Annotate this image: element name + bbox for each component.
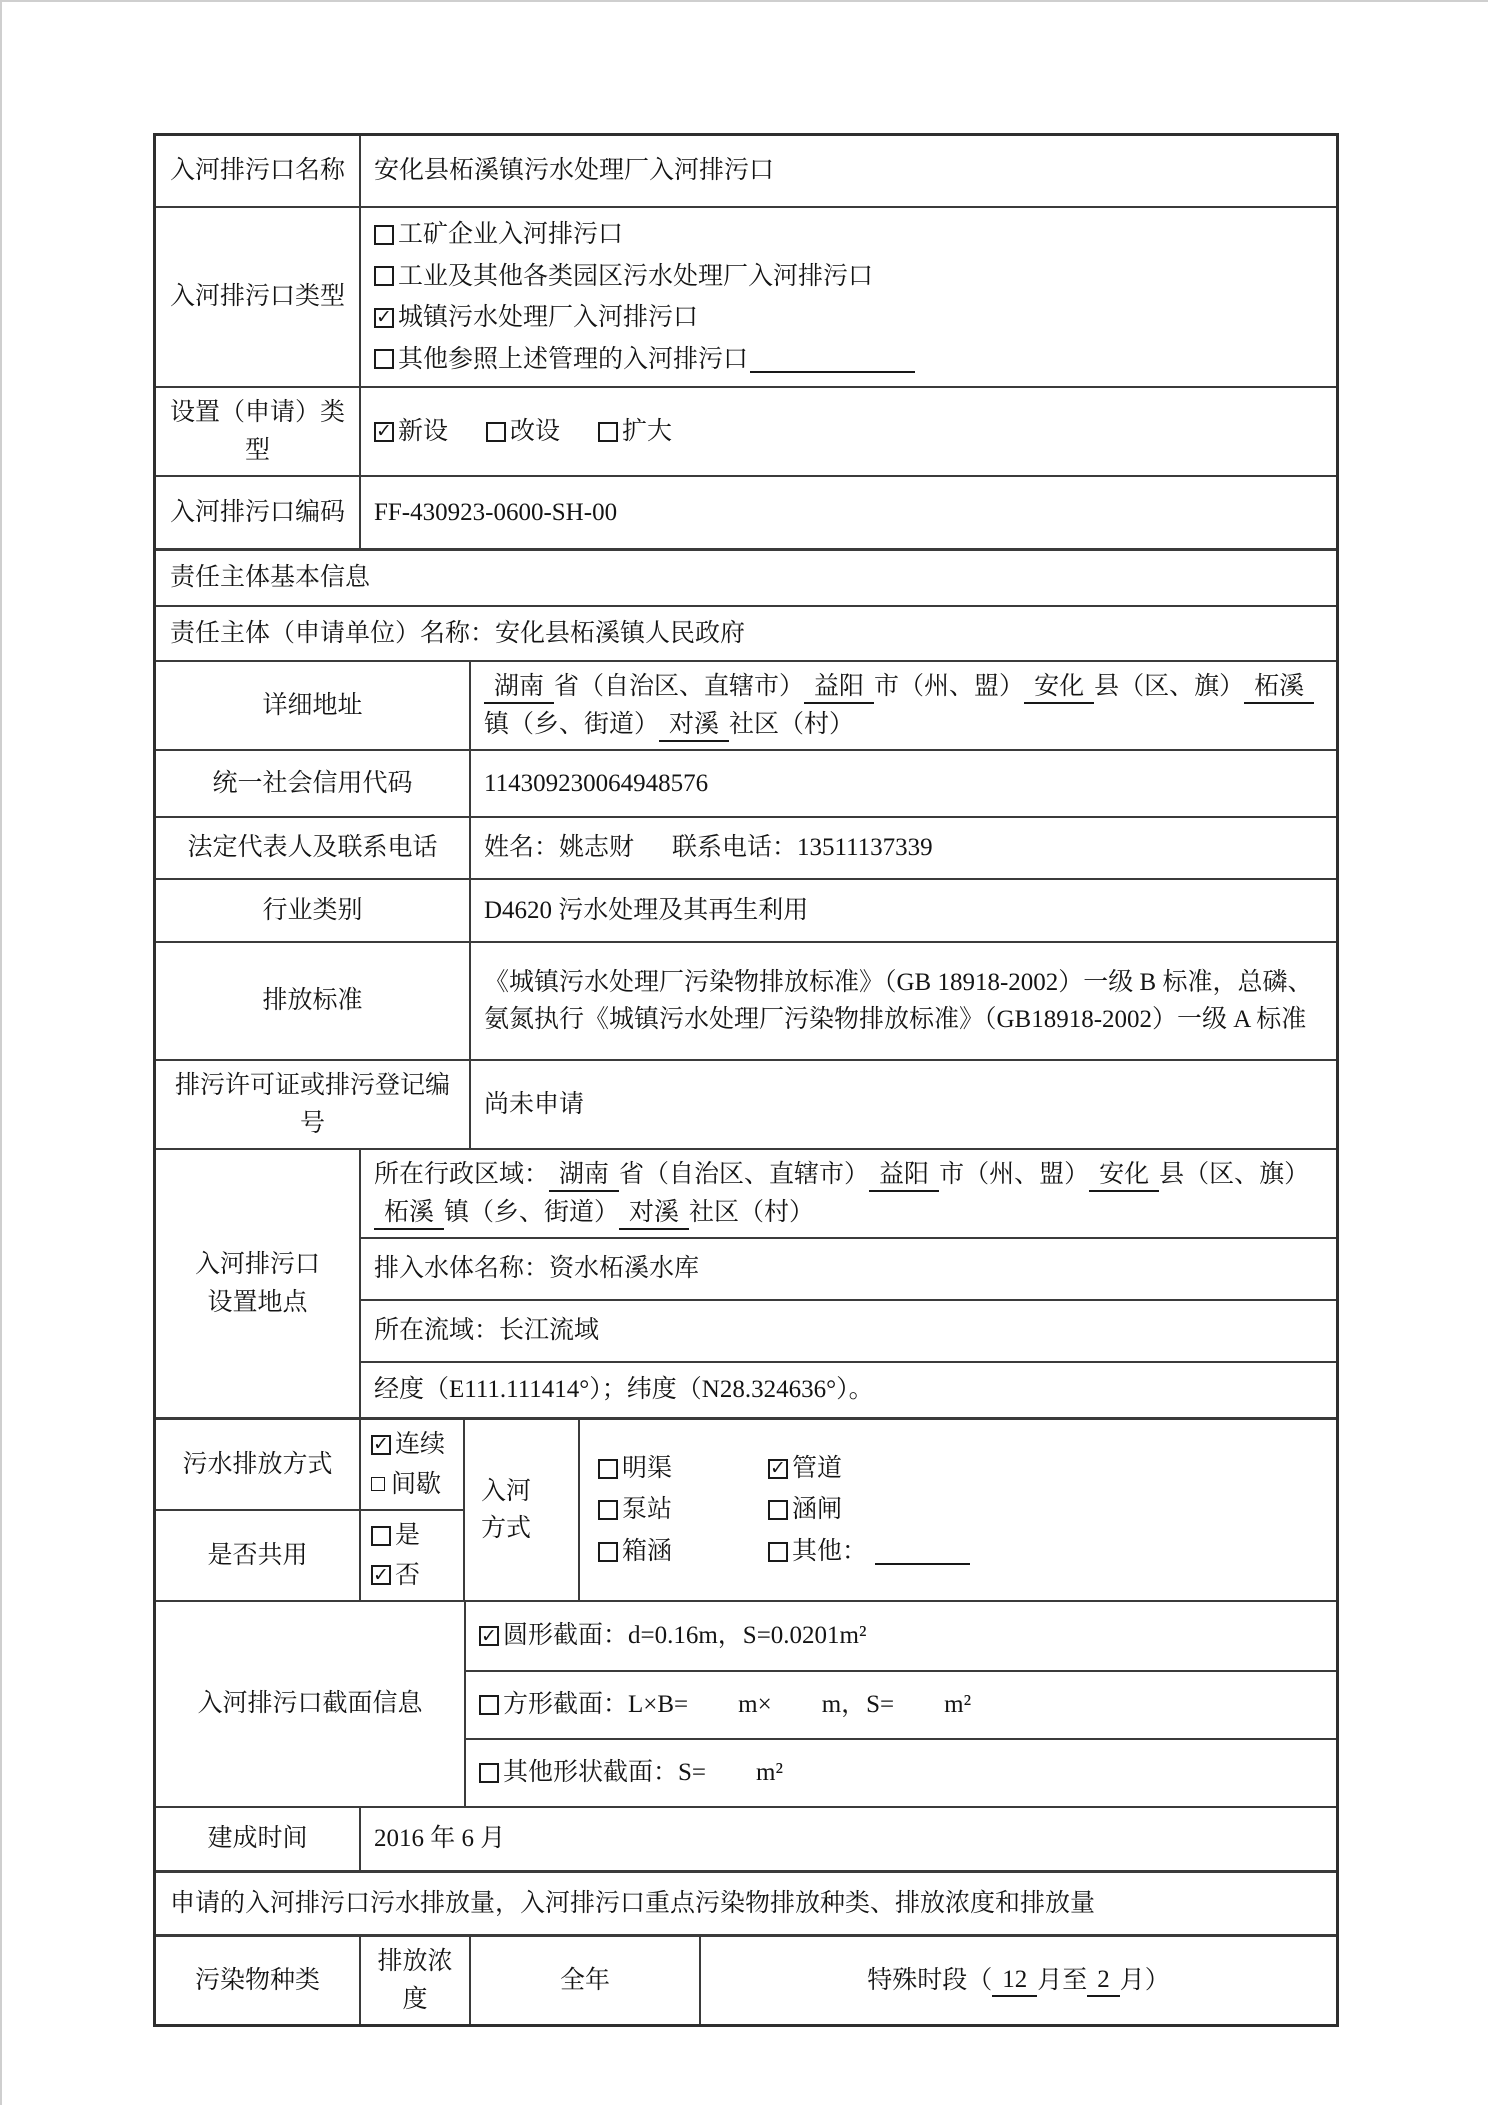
completion-date-value: 2016 年 6 月: [361, 1808, 1336, 1870]
checkbox[interactable]: ✓: [371, 1565, 391, 1585]
static-text: 社区（村）: [729, 711, 854, 738]
static-text: 市（州、盟）: [874, 673, 1024, 700]
row-discharge-standard: 排放标准 《城镇污水处理厂污染物排放标准》（GB 18918-2002）一级 B…: [156, 941, 1336, 1059]
entry-mode-options: 明渠 ✓ 管道 泵站 涵闸: [580, 1420, 1336, 1600]
region-prefix: 所在行政区域：: [374, 1161, 549, 1188]
checkbox-option: 改设: [486, 413, 560, 451]
outlet-name-label: 入河排污口名称: [156, 136, 361, 206]
pollutant-type-header: 污染物种类: [156, 1937, 361, 2024]
other-section-row: 其他形状截面：S= m²: [466, 1738, 1336, 1806]
subject-section-title: 责任主体基本信息: [156, 551, 1336, 605]
row-completion-date: 建成时间 2016 年 6 月: [156, 1806, 1336, 1870]
apply-type-options: ✓ 新设 改设 扩大: [361, 388, 1336, 475]
legal-rep-label: 法定代表人及联系电话: [156, 818, 471, 878]
location-basin-row: 所在流域：长江流域: [361, 1299, 1336, 1361]
outlet-type-options: 工矿企业入河排污口 工业及其他各类园区污水处理厂入河排污口 ✓ 城镇污水处理厂入…: [361, 208, 1336, 386]
static-text: 镇（乡、街道）: [444, 1199, 619, 1226]
option-label: 间歇: [391, 1466, 441, 1504]
checkbox[interactable]: ✓: [479, 1626, 499, 1646]
discharge-mode-label: 污水排放方式: [156, 1420, 359, 1511]
entry-option-line: 箱涵 其他：: [598, 1533, 970, 1571]
apply-type-label: 设置（申请）类型: [156, 388, 361, 475]
static-text: 月至: [1037, 1962, 1087, 2000]
credit-code-value: 114309230064948576: [471, 751, 1336, 816]
checkbox[interactable]: [479, 1763, 499, 1783]
static-text: 社区（村）: [689, 1199, 814, 1226]
coordinates-text: 经度（E111.111414°）；纬度（N28.324636°）。: [374, 1371, 874, 1409]
checkbox[interactable]: [374, 266, 394, 286]
row-permit-number: 排污许可证或排污登记编号 尚未申请: [156, 1059, 1336, 1148]
permit-number-value: 尚未申请: [471, 1061, 1336, 1148]
outlet-location-label: 入河排污口 设置地点: [156, 1150, 361, 1417]
discharge-mode-choice: ✓ 连续 间歇: [361, 1420, 463, 1511]
checkbox-option: 其他：: [768, 1533, 970, 1571]
town-field: 柘溪: [374, 1197, 444, 1230]
option-label: 管道: [792, 1450, 842, 1488]
annual-header: 全年: [471, 1937, 701, 2024]
village-field: 对溪: [659, 709, 729, 742]
static-text: 县（区、旗）: [1159, 1161, 1309, 1188]
row-outlet-name: 入河排污口名称 安化县柘溪镇污水处理厂入河排污口: [156, 136, 1336, 206]
city-field: 益阳: [869, 1159, 939, 1192]
option-label: 其他参照上述管理的入河排污口: [398, 341, 748, 379]
address-label: 详细地址: [156, 662, 471, 749]
option-label: 明渠: [622, 1450, 672, 1488]
checkbox[interactable]: ✓: [371, 1435, 391, 1455]
basin-text: 所在流域：长江流域: [374, 1312, 599, 1350]
county-field: 安化: [1024, 671, 1094, 704]
location-region-row: 所在行政区域：湖南省（自治区、直辖市）益阳市（州、盟）安化县（区、旗）柘溪镇（乡…: [361, 1150, 1336, 1237]
checkbox-option: ✓ 连续: [371, 1426, 445, 1464]
checkbox-option: 其他参照上述管理的入河排污口: [374, 341, 915, 379]
checkbox-option: ✓ 城镇污水处理厂入河排污口: [374, 299, 698, 337]
application-form-table: 入河排污口名称 安化县柘溪镇污水处理厂入河排污口 入河排污口类型 工矿企业入河排…: [153, 133, 1339, 2027]
option-label: 工业及其他各类园区污水处理厂入河排污口: [398, 258, 873, 296]
static-text: 市（州、盟）: [939, 1161, 1089, 1188]
concentration-header: 排放浓度: [361, 1937, 471, 2024]
checkbox[interactable]: ✓: [374, 308, 394, 328]
square-section-row: 方形截面：L×B= m× m，S= m²: [466, 1670, 1336, 1738]
option-label: 箱涵: [622, 1533, 672, 1571]
row-discharge-mode: 污水排放方式 是否共用 ✓ 连续 间歇: [156, 1417, 1336, 1600]
industry-value: D4620 污水处理及其再生利用: [471, 880, 1336, 941]
credit-code-label: 统一社会信用代码: [156, 751, 471, 816]
checkbox-option: ✓ 新设: [374, 413, 448, 451]
option-label: 其他：: [792, 1533, 867, 1571]
option-label: 新设: [398, 413, 448, 451]
row-address: 详细地址 湖南省（自治区、直辖市）益阳市（州、盟）安化县（区、旗）柘溪镇（乡、街…: [156, 660, 1336, 749]
shared-choice: 是 ✓ 否: [361, 1511, 463, 1600]
completion-date-label: 建成时间: [156, 1808, 361, 1870]
checkbox-option: 工业及其他各类园区污水处理厂入河排污口: [374, 258, 873, 296]
option-label: 圆形截面：d=0.16m，S=0.0201m²: [503, 1617, 867, 1655]
checkbox[interactable]: [598, 422, 618, 442]
checkbox-option: 涵闸: [768, 1491, 842, 1529]
province-field: 湖南: [484, 671, 554, 704]
outlet-location-subrows: 所在行政区域：湖南省（自治区、直辖市）益阳市（州、盟）安化县（区、旗）柘溪镇（乡…: [361, 1150, 1336, 1417]
static-text: 镇（乡、街道）: [484, 711, 659, 738]
static-text: 特殊时段（: [867, 1962, 992, 2000]
static-text: 省（自治区、直辖市）: [619, 1161, 869, 1188]
option-label: 泵站: [622, 1491, 672, 1529]
option-label: 否: [395, 1557, 420, 1595]
discharge-mode-checkboxes: ✓ 连续 间歇 是: [361, 1420, 465, 1600]
subject-name-text: 责任主体（申请单位）名称：安化县柘溪镇人民政府: [156, 607, 1336, 660]
special-period-start-field: 12: [992, 1964, 1037, 1997]
outlet-type-label: 入河排污口类型: [156, 208, 361, 386]
checkbox-option: 明渠: [598, 1450, 768, 1488]
checkbox[interactable]: [598, 1459, 618, 1479]
row-subject-name: 责任主体（申请单位）名称：安化县柘溪镇人民政府: [156, 605, 1336, 660]
province-field: 湖南: [549, 1159, 619, 1192]
entry-mode-label-cell: 入河 方式: [465, 1420, 580, 1600]
option-label: 连续: [395, 1426, 445, 1464]
discharge-standard-label: 排放标准: [156, 943, 471, 1059]
checkbox[interactable]: [598, 1500, 618, 1520]
entry-mode-label-line1: 入河: [481, 1473, 531, 1511]
checkbox[interactable]: [768, 1500, 788, 1520]
option-label: 工矿企业入河排污口: [398, 216, 623, 254]
checkbox-option: 泵站: [598, 1491, 768, 1529]
row-cross-section: 入河排污口截面信息 ✓ 圆形截面：d=0.16m，S=0.0201m² 方形截面…: [156, 1600, 1336, 1806]
outlet-code-label: 入河排污口编码: [156, 477, 361, 548]
row-outlet-location: 入河排污口 设置地点 所在行政区域：湖南省（自治区、直辖市）益阳市（州、盟）安化…: [156, 1148, 1336, 1417]
legal-rep-value: 姓名：姚志财 联系电话：13511137339: [471, 818, 1336, 878]
entry-mode-label-line2: 方式: [481, 1510, 531, 1548]
checkbox-option: 工矿企业入河排污口: [374, 216, 623, 254]
cross-section-label: 入河排污口截面信息: [156, 1602, 466, 1806]
row-subject-section-header: 责任主体基本信息: [156, 548, 1336, 605]
row-legal-representative: 法定代表人及联系电话 姓名：姚志财 联系电话：13511137339: [156, 816, 1336, 878]
checkbox[interactable]: ✓: [768, 1459, 788, 1479]
document-page: 入河排污口名称 安化县柘溪镇污水处理厂入河排污口 入河排污口类型 工矿企业入河排…: [0, 0, 1488, 2105]
outlet-location-label-line2: 设置地点: [195, 1284, 320, 1322]
option-label: 扩大: [622, 413, 672, 451]
static-text: 省（自治区、直辖市）: [554, 673, 804, 700]
option-label: 城镇污水处理厂入河排污口: [398, 299, 698, 337]
blank-underline[interactable]: [750, 346, 915, 373]
cross-section-subrows: ✓ 圆形截面：d=0.16m，S=0.0201m² 方形截面：L×B= m× m…: [466, 1602, 1336, 1806]
outlet-code-value: FF-430923-0600-SH-00: [361, 477, 1336, 548]
outlet-name-value: 安化县柘溪镇污水处理厂入河排污口: [361, 136, 1336, 206]
checkbox-option: 箱涵: [598, 1533, 768, 1571]
static-text: 月）: [1120, 1962, 1170, 2000]
discharge-mode-labels: 污水排放方式 是否共用: [156, 1420, 361, 1600]
checkbox-option: ✓ 否: [371, 1557, 420, 1595]
static-text: 县（区、旗）: [1094, 673, 1244, 700]
checkbox[interactable]: [598, 1542, 618, 1562]
checkbox-option: 是: [371, 1517, 420, 1555]
row-credit-code: 统一社会信用代码 114309230064948576: [156, 749, 1336, 816]
entry-option-line: 泵站 涵闸: [598, 1491, 842, 1529]
checkbox-option: 扩大: [598, 413, 672, 451]
town-field: 柘溪: [1244, 671, 1314, 704]
row-industry: 行业类别 D4620 污水处理及其再生利用: [156, 878, 1336, 941]
checkbox[interactable]: ✓: [374, 422, 394, 442]
legal-rep-name: 姓名：姚志财: [484, 829, 634, 867]
legal-rep-phone: 联系电话：13511137339: [672, 829, 933, 867]
checkbox-option: ✓ 管道: [768, 1450, 842, 1488]
county-field: 安化: [1089, 1159, 1159, 1192]
option-label: 方形截面：L×B= m× m，S= m²: [503, 1686, 971, 1724]
blank-underline[interactable]: [875, 1538, 970, 1565]
row-pollutant-header: 污染物种类 排放浓度 全年 特殊时段（12月至2月）: [156, 1934, 1336, 2024]
row-outlet-code: 入河排污口编码 FF-430923-0600-SH-00: [156, 475, 1336, 548]
permit-number-label: 排污许可证或排污登记编号: [156, 1061, 471, 1148]
water-body-text: 排入水体名称：资水柘溪水库: [374, 1250, 699, 1288]
location-coordinates-row: 经度（E111.111414°）；纬度（N28.324636°）。: [361, 1361, 1336, 1417]
pollutant-section-title: 申请的入河排污口污水排放量，入河排污口重点污染物排放种类、排放浓度和排放量: [156, 1873, 1336, 1934]
special-period-header: 特殊时段（12月至2月）: [701, 1937, 1336, 2024]
option-label: 其他形状截面：S= m²: [503, 1754, 783, 1792]
discharge-standard-value: 《城镇污水处理厂污染物排放标准》（GB 18918-2002）一级 B 标准，总…: [471, 943, 1336, 1059]
row-apply-type: 设置（申请）类型 ✓ 新设 改设 扩大: [156, 386, 1336, 475]
industry-label: 行业类别: [156, 880, 471, 941]
address-value: 湖南省（自治区、直辖市）益阳市（州、盟）安化县（区、旗）柘溪镇（乡、街道）对溪社…: [471, 662, 1336, 749]
option-label: 涵闸: [792, 1491, 842, 1529]
row-pollutant-section-header: 申请的入河排污口污水排放量，入河排污口重点污染物排放种类、排放浓度和排放量: [156, 1870, 1336, 1934]
location-water-body-row: 排入水体名称：资水柘溪水库: [361, 1237, 1336, 1299]
checkbox[interactable]: [768, 1542, 788, 1562]
entry-option-line: 明渠 ✓ 管道: [598, 1450, 842, 1488]
checkbox[interactable]: [371, 1526, 391, 1546]
city-field: 益阳: [804, 671, 874, 704]
checkbox[interactable]: [371, 1477, 385, 1491]
checkbox[interactable]: [374, 349, 394, 369]
outlet-location-label-line1: 入河排污口: [195, 1246, 320, 1284]
village-field: 对溪: [619, 1197, 689, 1230]
checkbox[interactable]: [374, 225, 394, 245]
row-outlet-type: 入河排污口类型 工矿企业入河排污口 工业及其他各类园区污水处理厂入河排污口 ✓ …: [156, 206, 1336, 386]
option-label: 是: [395, 1517, 420, 1555]
checkbox[interactable]: [479, 1695, 499, 1715]
shared-label: 是否共用: [156, 1511, 359, 1600]
checkbox-option: 间歇: [371, 1466, 445, 1504]
circular-section-row: ✓ 圆形截面：d=0.16m，S=0.0201m²: [466, 1602, 1336, 1670]
special-period-end-field: 2: [1087, 1964, 1120, 1997]
checkbox[interactable]: [486, 422, 506, 442]
option-label: 改设: [510, 413, 560, 451]
